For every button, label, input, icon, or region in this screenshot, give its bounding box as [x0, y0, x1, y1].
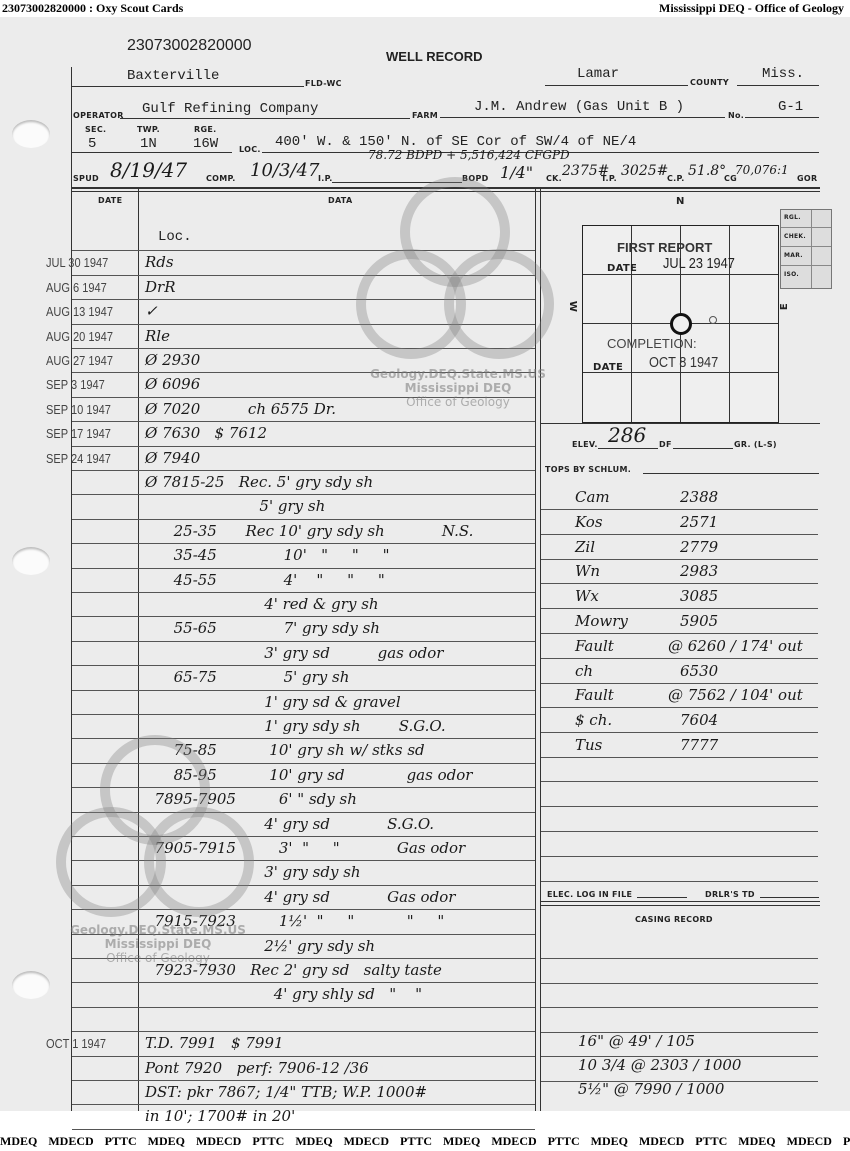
log-row: OCT 1 1947T.D. 7991 $ 7991 [0, 1031, 535, 1055]
log-row: 1' gry sdy sh S.G.O. [0, 714, 535, 738]
log-entry: 65-75 5' gry sh [145, 668, 349, 686]
log-entry: 5' gry sh [145, 497, 325, 515]
formation-name: $ ch. [575, 711, 612, 729]
log-entry: in 10'; 1700# in 20' [145, 1107, 295, 1125]
log-row: 4' red & gry sh [0, 592, 535, 616]
formation-depth: 2779 [680, 538, 718, 556]
log-entry: 1' gry sd & gravel [145, 693, 401, 711]
formation-name: Wn [575, 562, 600, 580]
formation-depth: 5905 [680, 612, 718, 630]
source-agency: Mississippi DEQ - Office of Geology [659, 1, 844, 16]
log-entry: ✓ [145, 302, 158, 320]
punch-hole-top [12, 120, 50, 148]
casing-record-label: CASING RECORD [635, 915, 713, 924]
log-date: OCT 1 1947 [46, 1036, 106, 1051]
log-entry: 4' gry shly sd " " [145, 985, 422, 1003]
county-value: Lamar [577, 66, 619, 82]
gor-value: 70,076:1 [735, 163, 789, 177]
formation-depth: 7777 [680, 736, 718, 754]
log-date: AUG 6 1947 [46, 280, 107, 295]
location-plat: FIRST REPORT DATE JUL 23 1947 COMPLETION… [582, 225, 779, 423]
log-entry: Rle [145, 327, 170, 345]
log-row: 4' gry shly sd " " [0, 982, 535, 1006]
gor-label: GOR [797, 174, 817, 183]
first-report-label: FIRST REPORT [617, 240, 712, 255]
log-date: AUG 13 1947 [46, 304, 113, 319]
farm-value: J.M. Andrew (Gas Unit B ) [474, 99, 684, 115]
page-header: 23073002820000 : Oxy Scout Cards Mississ… [0, 0, 850, 16]
log-row: 85-95 10' gry sd gas odor [0, 763, 535, 787]
log-row: 65-75 5' gry sh [0, 665, 535, 689]
ip-label: I.P. [318, 174, 333, 183]
review-stamp: RGL. CHEK. MAR. ISO. [780, 209, 832, 289]
log-entry: 45-55 4' " " " [145, 571, 385, 589]
choke-size: 1/4" [500, 163, 533, 182]
log-entry: DrR [145, 278, 176, 296]
log-row: 55-65 7' gry sdy sh [0, 616, 535, 640]
gas-well-symbol [709, 316, 717, 324]
log-entry: T.D. 7991 $ 7991 [145, 1034, 284, 1052]
field-label: FLD-WC [305, 79, 342, 88]
log-entry: Ø 2930 [145, 351, 200, 369]
cp-label: C.P. [667, 174, 685, 183]
log-row: DST: pkr 7867; 1/4" TTB; W.P. 1000# [0, 1080, 535, 1104]
formation-name: Zil [575, 538, 595, 556]
formation-name: Fault [575, 637, 614, 655]
sec-value: 5 [88, 136, 96, 152]
rge-label: RGE. [194, 125, 216, 134]
formation-depth: @ 7562 / 104' out [668, 686, 803, 704]
formation-name: ch [575, 662, 593, 680]
first-report-date-label: DATE [607, 263, 637, 274]
tops-label: TOPS BY SCHLUM. [545, 465, 631, 474]
log-entry: Ø 7630 $ 7612 [145, 424, 267, 442]
df-label: DF [659, 440, 672, 449]
casing-entry: 16" @ 49' / 105 [578, 1032, 695, 1050]
check-mar: MAR. [784, 252, 803, 259]
formation-name: Kos [575, 513, 603, 531]
log-row: 45-55 4' " " " [0, 568, 535, 592]
well-location-marker [670, 313, 692, 335]
formation-name: Cam [575, 488, 610, 506]
log-date: JUL 30 1947 [46, 255, 108, 270]
well-record-card: 23073002820000 WELL RECORD Baxterville F… [0, 17, 850, 1111]
operator-value: Gulf Refining Company [142, 101, 318, 117]
log-date: SEP 17 1947 [46, 426, 111, 441]
log-row: 1' gry sd & gravel [0, 690, 535, 714]
log-entry: 4' red & gry sh [145, 595, 379, 613]
completion-label: COMPLETION: [607, 336, 697, 351]
log-entry: Pont 7920 perf: 7906-12 /36 [145, 1059, 369, 1077]
log-date: AUG 27 1947 [46, 353, 113, 368]
data-column-header: DATA [328, 196, 352, 205]
log-entry: Ø 7020 ch 6575 Dr. [145, 400, 336, 418]
operator-label: OPERATOR [73, 111, 124, 120]
no-label: No. [728, 111, 744, 120]
log-row: 75-85 10' gry sh w/ stks sd [0, 738, 535, 762]
api-number: 23073002820000 [127, 37, 252, 55]
log-entry: 1' gry sdy sh S.G.O. [145, 717, 446, 735]
log-row [0, 1007, 535, 1031]
formation-name: Tus [575, 736, 602, 754]
log-row: SEP 17 1947Ø 7630 $ 7612 [0, 421, 535, 445]
log-entry: DST: pkr 7867; 1/4" TTB; W.P. 1000# [145, 1083, 427, 1101]
comp-label: COMP. [206, 174, 236, 183]
log-row: 25-35 Rec 10' gry sdy sh N.S. [0, 519, 535, 543]
log-entry: Ø 7940 [145, 449, 200, 467]
tp-label: T.P. [601, 174, 617, 183]
log-row: 5' gry sh [0, 494, 535, 518]
log-date: SEP 10 1947 [46, 402, 111, 417]
plat-east: E [779, 303, 790, 310]
document-title: 23073002820000 : Oxy Scout Cards [2, 1, 183, 16]
rge-value: 16W [193, 136, 218, 152]
check-rgl: RGL. [784, 214, 801, 221]
formation-name: Wx [575, 587, 599, 605]
ip-note: 78.72 BDPD + 5,516,424 CFGPD [368, 148, 570, 162]
log-entry: 55-65 7' gry sdy sh [145, 619, 380, 637]
log-row: Pont 7920 perf: 7906-12 /36 [0, 1056, 535, 1080]
field-value: Baxterville [127, 68, 219, 84]
log-row: SEP 24 1947Ø 7940 [0, 446, 535, 470]
log-row: 35-45 10' " " " [0, 543, 535, 567]
completion-date: OCT 8 1947 [649, 354, 718, 371]
loc-label: LOC. [239, 145, 261, 154]
log-entry: Ø 6096 [145, 375, 200, 393]
cp-value: 51.8° [688, 163, 726, 179]
drlr-td-label: DRLR'S TD [705, 890, 755, 899]
casing-entry: 5½" @ 7990 / 1000 [578, 1080, 724, 1098]
formation-depth: 2571 [680, 513, 718, 531]
formation-depth: 7604 [680, 711, 718, 729]
elev-value: 286 [608, 423, 646, 447]
ck-label: CK. [546, 174, 562, 183]
date-column-header: DATE [98, 196, 122, 205]
log-date: SEP 24 1947 [46, 451, 111, 466]
record-title: WELL RECORD [386, 49, 483, 64]
state-value: Miss. [762, 66, 804, 82]
elec-log-label: ELEC. LOG IN FILE [547, 890, 632, 899]
plat-west: W [567, 301, 578, 312]
twp-value: 1N [140, 136, 157, 152]
formation-name: Mowry [575, 612, 628, 630]
county-label: COUNTY [690, 78, 729, 87]
log-entry: 35-45 10' " " " [145, 546, 390, 564]
spud-date: 8/19/47 [110, 158, 187, 182]
log-date: AUG 20 1947 [46, 329, 113, 344]
log-entry: Ø 7815-25 Rec. 5' gry sdy sh [145, 473, 373, 491]
log-entry: Loc. [158, 229, 192, 245]
farm-label: FARM [412, 111, 438, 120]
spud-label: SPUD [73, 174, 99, 183]
check-iso: ISO. [784, 271, 799, 278]
log-date: SEP 3 1947 [46, 377, 105, 392]
check-chek: CHEK. [784, 233, 806, 240]
formation-depth: 3085 [680, 587, 718, 605]
sec-label: SEC. [85, 125, 106, 134]
log-entry: 3' gry sd gas odor [145, 644, 443, 662]
formation-depth: 6530 [680, 662, 718, 680]
log-entry: Rds [145, 253, 174, 271]
twp-label: TWP. [137, 125, 160, 134]
elev-label: ELEV. [572, 440, 598, 449]
tp-value: 3025# [621, 163, 668, 179]
formation-name: Fault [575, 686, 614, 704]
plat-north: N [676, 196, 685, 207]
log-entry: 25-35 Rec 10' gry sdy sh N.S. [145, 522, 473, 540]
formation-depth: @ 6260 / 174' out [668, 637, 803, 655]
gr-label: GR. (L-S) [734, 440, 777, 449]
log-row: Ø 7815-25 Rec. 5' gry sdy sh [0, 470, 535, 494]
log-row: 3' gry sd gas odor [0, 641, 535, 665]
completion-date-label: DATE [593, 362, 623, 373]
casing-entry: 10 3/4 @ 2303 / 1000 [578, 1056, 741, 1074]
watermark-text-lower: Geology.DEQ.State.MS.US Mississippi DEQ … [48, 923, 268, 965]
watermark-text: Geology.DEQ.State.MS.US Mississippi DEQ … [348, 367, 568, 409]
formation-depth: 2983 [680, 562, 718, 580]
log-row: in 10'; 1700# in 20' [0, 1104, 535, 1128]
formation-depth: 2388 [680, 488, 718, 506]
log-row: 7895-7905 6' " sdy sh [0, 787, 535, 811]
comp-date: 10/3/47 [250, 160, 319, 181]
page-footer: MDEQ MDECD PTTC MDEQ MDECD PTTC MDEQ MDE… [0, 1134, 850, 1149]
first-report-date: JUL 23 1947 [663, 255, 735, 272]
well-number: G-1 [778, 99, 803, 115]
